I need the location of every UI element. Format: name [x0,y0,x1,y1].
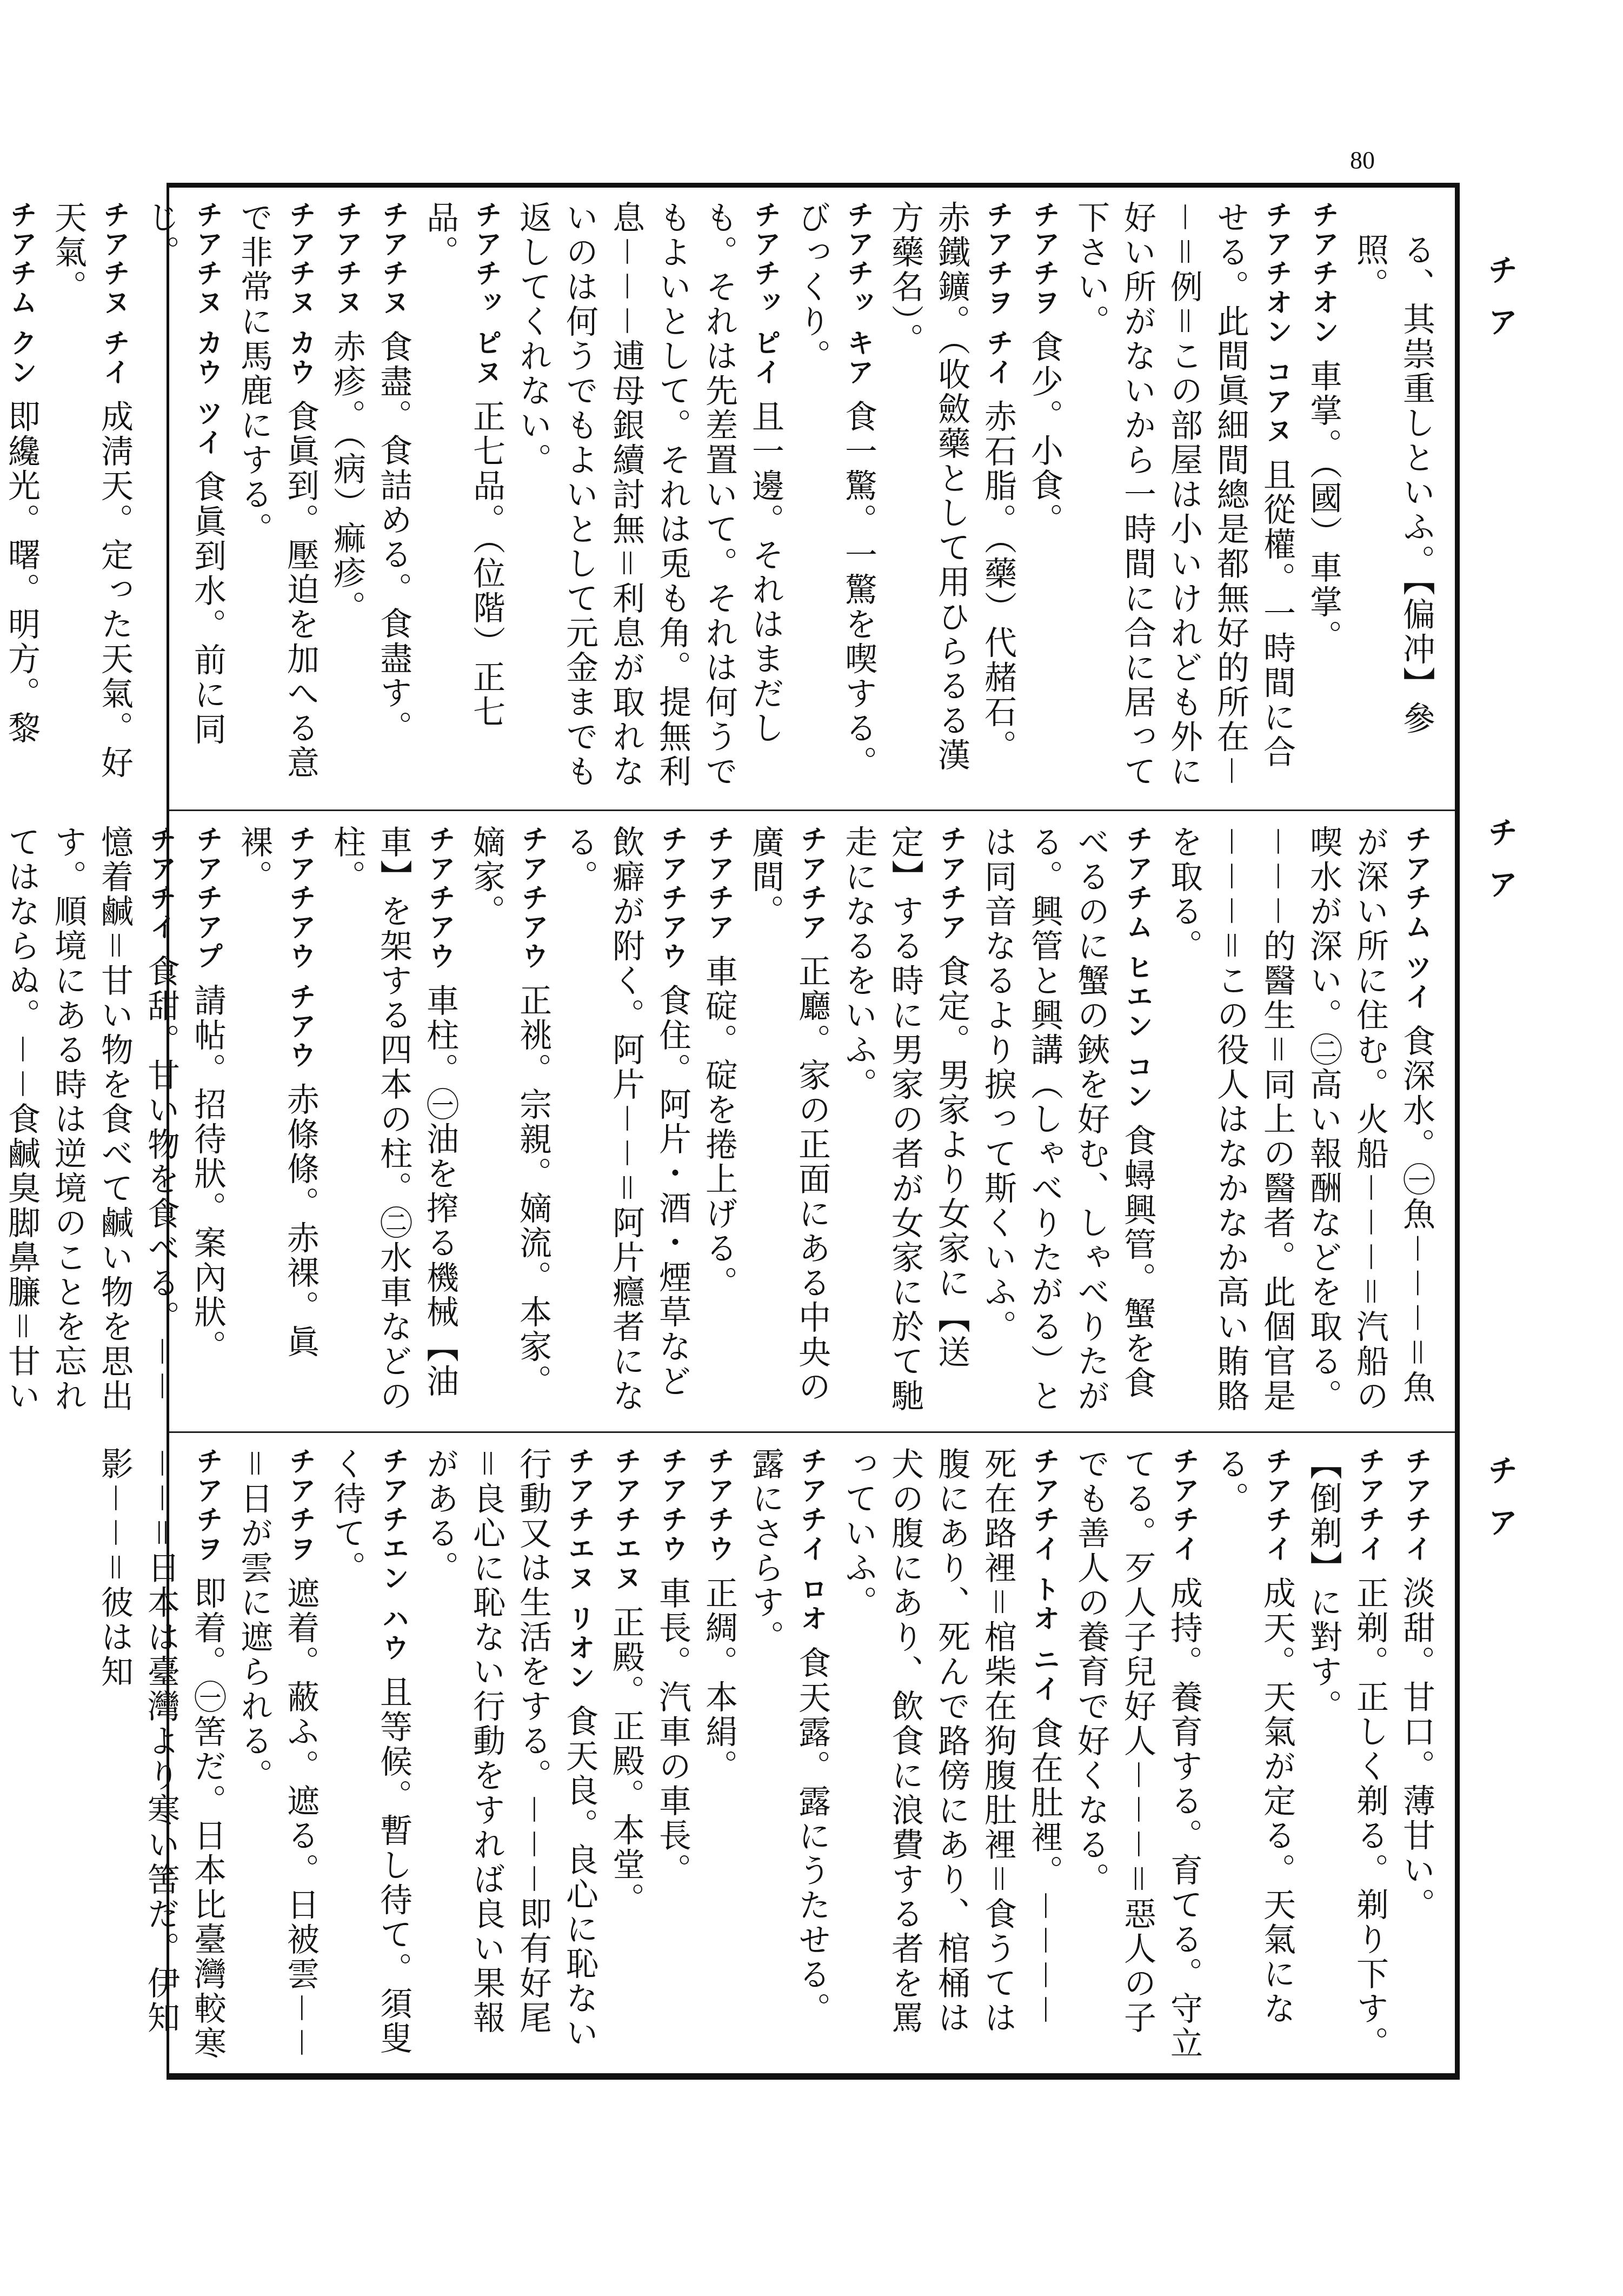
headword: チアチウ [657,1447,688,1564]
dictionary-entry: チアチヌ カウ 食眞到。壓迫を加へる意で非常に馬鹿にする。 [231,201,324,793]
definition: 赤疹。（病）痲疹。 [328,330,366,625]
headword: チアチヌ チイ [99,201,130,387]
dictionary-entry: チアチム クン 即纔光。曙。明方。黎明。 [0,201,45,793]
entry-columns: チアチイ 淡甜。甘口。薄甘い。 チアチイ 正剃。正しく剃る。剃り下す。【倒剃】に… [184,1447,1440,2061]
dictionary-entry: チアチオン コアヌ 且從權。一時間に合せる。此間眞細間總是都無好的所在－－＝例＝… [1068,201,1300,793]
headword: チアチエヌ リオン [564,1447,595,1692]
side-index-label-middle: チア [1479,817,1522,920]
entry-columns: る、其祟重しといふ。【偏冲】參照。 チアチオン 車掌。（國）車掌。 チアチオン … [184,201,1440,793]
headword: チアチイ [1401,1447,1432,1564]
dictionary-entry: チアチヌ 赤疹。（病）痲疹。 [324,201,370,793]
headword: チアチエヌ [610,1447,642,1593]
headword: チアチイ [1168,1447,1200,1564]
dictionary-entry: チアチッ ピヌ 正七品。（位階）正七品。 [417,201,510,793]
dictionary-entry: チアチアウ チアウ 赤條條。赤裸。眞裸。 [231,825,324,1418]
definition: 食深水。㊀魚－－－＝魚が深い所に住む。火船－－－＝汽船の喫水が深い。㊁高い報酬な… [1165,825,1435,1414]
dictionary-entry: チアチヲ 食少。小食。 [1021,201,1068,793]
band-divider [169,809,1455,811]
headword: チアチヲ チイ [982,201,1014,387]
band-top: る、其祟重しといふ。【偏冲】參照。 チアチオン 車掌。（國）車掌。 チアチオン … [169,188,1455,804]
definition: る、其祟重しといふ。【偏冲】參照。 [1351,233,1435,736]
entry-columns: チアチム ツイ 食深水。㊀魚－－－＝魚が深い所に住む。火船－－－＝汽船の喫水が深… [184,825,1440,1418]
headword: チアチオン [1308,201,1339,347]
headword: チアチヲ [285,1447,316,1564]
definition: 食盡。食詰める。食盡す。 [375,330,413,745]
headword: チアチアウ チアウ [285,825,316,1070]
headword: チアチヌ [331,201,363,317]
headword: チアチム ツイ [1401,825,1432,1012]
dictionary-entry: チアチウ 車長。汽車の車長。 [649,1447,696,2061]
headword: チアチア [796,825,828,942]
headword: チアチアウ [657,825,688,971]
definition: 車長。汽車の車長。 [654,1576,691,1888]
dictionary-entry: チアチアウ 食住。阿片・酒・煙草など飲癖が附く。阿片－－＝阿片癮者になる。 [556,825,696,1418]
dictionary-entry: チアチイ 成持。養育する。育てる。守立てる。歹人子兒好人－－－＝惡人の子でも善人… [1068,1447,1207,2061]
side-index-label-top: チア [1479,254,1522,358]
dictionary-entry: チアチエヌ リオン 食天良。良心に恥ない行動又は生活をする。－－－即有好尾＝良心… [417,1447,603,2061]
definition: 食少。小食。 [1026,330,1063,537]
dictionary-entry: チアチウ 正綢。本絹。 [696,1447,742,2061]
dictionary-entry: チアチアウ 車柱。㊀油を搾る機械【油車】を架する四本の柱。㊁水車などの柱。 [324,825,463,1418]
headword: チアチイ ロオ [796,1447,828,1634]
dictionary-entry: チアチア 食定。男家より女家に【送定】する時に男家の者が女家に於て馳走になるをい… [835,825,975,1418]
headword: チアチアプ [192,825,223,971]
headword: チアチヌ [378,201,409,317]
headword: チアチウ [703,1447,735,1564]
headword: チアチアウ [517,825,549,971]
dictionary-entry: チアチッ キア 食一驚。一驚を喫する。びっくり。 [789,201,882,793]
dictionary-entry: チアチヲ 遮着。蔽ふ。遮る。日被雲－－＝日が雲に遮られる。 [231,1447,324,2061]
dictionary-entry: チアチア 正廳。家の正面にある中央の廣間。 [742,825,835,1418]
dictionary-entry: る、其祟重しといふ。【偏冲】參照。 [1347,201,1440,793]
dictionary-entry: チアチイ トオ ニイ 食在肚裡。－－－－死在路裡＝棺柴在狗腹肚裡＝食うては腹にあ… [835,1447,1068,2061]
dictionary-entry: チアチアウ 正祧。宗親。嫡流。本家。嫡家。 [463,825,556,1418]
dictionary-entry: チアチアプ 請帖。招待狀。案內狀。 [184,825,231,1418]
headword: チアチイ [145,825,177,942]
dictionary-entry: チアチエヌ 正殿。正殿。本堂。 [603,1447,649,2061]
dictionary-entry: チアチイ 淡甜。甘口。薄甘い。 [1393,1447,1440,2061]
definition: 淡甜。甘口。薄甘い。 [1398,1576,1435,1922]
headword: チアチヌ カウ [285,201,316,387]
dictionary-frame: る、其祟重しといふ。【偏冲】參照。 チアチオン 車掌。（國）車掌。 チアチオン … [167,183,1460,2080]
band-divider [169,1431,1455,1433]
headword: チアチア [936,825,967,942]
headword: チアチム クン [6,201,37,387]
dictionary-entry: チアチイ 成天。天氣が定る。天氣になる。 [1207,1447,1300,2061]
definition: 車碇。碇を捲上げる。 [700,954,738,1300]
side-index-label-bottom: チア [1479,1455,1522,1558]
headword: チアチッ ピイ [750,201,781,387]
headword: チアチッ ピヌ [471,201,502,387]
definition: 且一邊。それはまだしも。それは先差置いて。それは何うでもよいとして。それは兎も角… [514,201,784,789]
dictionary-entry: チアチイ 正剃。正しく剃る。剃り下す。【倒剃】に對す。 [1300,1447,1393,2061]
band-bottom: チアチイ 淡甜。甘口。薄甘い。 チアチイ 正剃。正しく剃る。剃り下す。【倒剃】に… [169,1434,1455,2072]
band-middle: チアチム ツイ 食深水。㊀魚－－－＝魚が深い所に住む。火船－－－＝汽船の喫水が深… [169,812,1455,1429]
headword: チアチエン ハウ [378,1447,409,1663]
headword: チアチヌ カウ ツイ [192,201,223,457]
dictionary-entry: チアチイ 食甜。甘い物を食べる。－－憶着鹹＝甘い物を食べて鹹い物を思出す。順境に… [0,825,184,1418]
dictionary-entry: チアチム ツイ 食深水。㊀魚－－－＝魚が深い所に住む。火船－－－＝汽船の喫水が深… [1161,825,1440,1418]
headword: チアチッ キア [843,201,874,387]
headword: チアチイ [1261,1447,1293,1564]
dictionary-entry: チアチヌ 食盡。食詰める。食盡す。 [370,201,417,793]
dictionary-entry: チアチヲ 即着。㊀筈だ。日本比臺灣較寒－－＝日本は臺灣より寒い筈だ。伊知影－－＝… [91,1447,231,2061]
dictionary-entry: チアチア 車碇。碇を捲上げる。 [696,825,742,1418]
dictionary-entry: チアチッ ピイ 且一邊。それはまだしも。それは先差置いて。それは何うでもよいとし… [510,201,789,793]
headword: チアチオン コアヌ [1261,201,1293,446]
definition: 正殿。正殿。本堂。 [607,1605,645,1917]
headword: チアチア [703,825,735,942]
dictionary-entry: チアチヌ カウ ツイ 食眞到水。前に同じ。 [138,201,231,793]
dictionary-entry: チアチヲ チイ 赤石脂。（藥）代赭石。赤鐵鑛。（收斂藥として用ひらるる漢方藥名）… [882,201,1021,793]
dictionary-entry: チアチイ ロオ 食天露。露にうたせる。露にさらす。 [742,1447,835,2061]
headword: チアチヲ [1029,201,1060,317]
headword: チアチム ヒエン コン [1122,825,1153,1111]
definition: 車掌。（國）車掌。 [1305,359,1342,654]
headword: チアチイ トオ ニイ [1029,1447,1060,1704]
headword: チアチアウ [424,825,456,971]
headword: チアチイ [1354,1447,1386,1564]
dictionary-entry: チアチヌ チイ 成淸天。定った天氣。好天氣。 [45,201,138,793]
dictionary-entry: チアチオン 車掌。（國）車掌。 [1300,201,1347,793]
definition: 正綢。本絹。 [700,1576,738,1784]
page-number: 80 [1350,146,1375,175]
definition: 請帖。招待狀。案內狀。 [189,984,227,1364]
headword: チアチヲ [192,1447,223,1564]
dictionary-entry: チアチエン ハウ 且等候。暫し待て。須叟く待て。 [324,1447,417,2061]
dictionary-entry: チアチム ヒエン コン 食蟳興管。蟹を食べるのに蟹の鋏を好む、しゃべりたがる。興… [975,825,1161,1418]
